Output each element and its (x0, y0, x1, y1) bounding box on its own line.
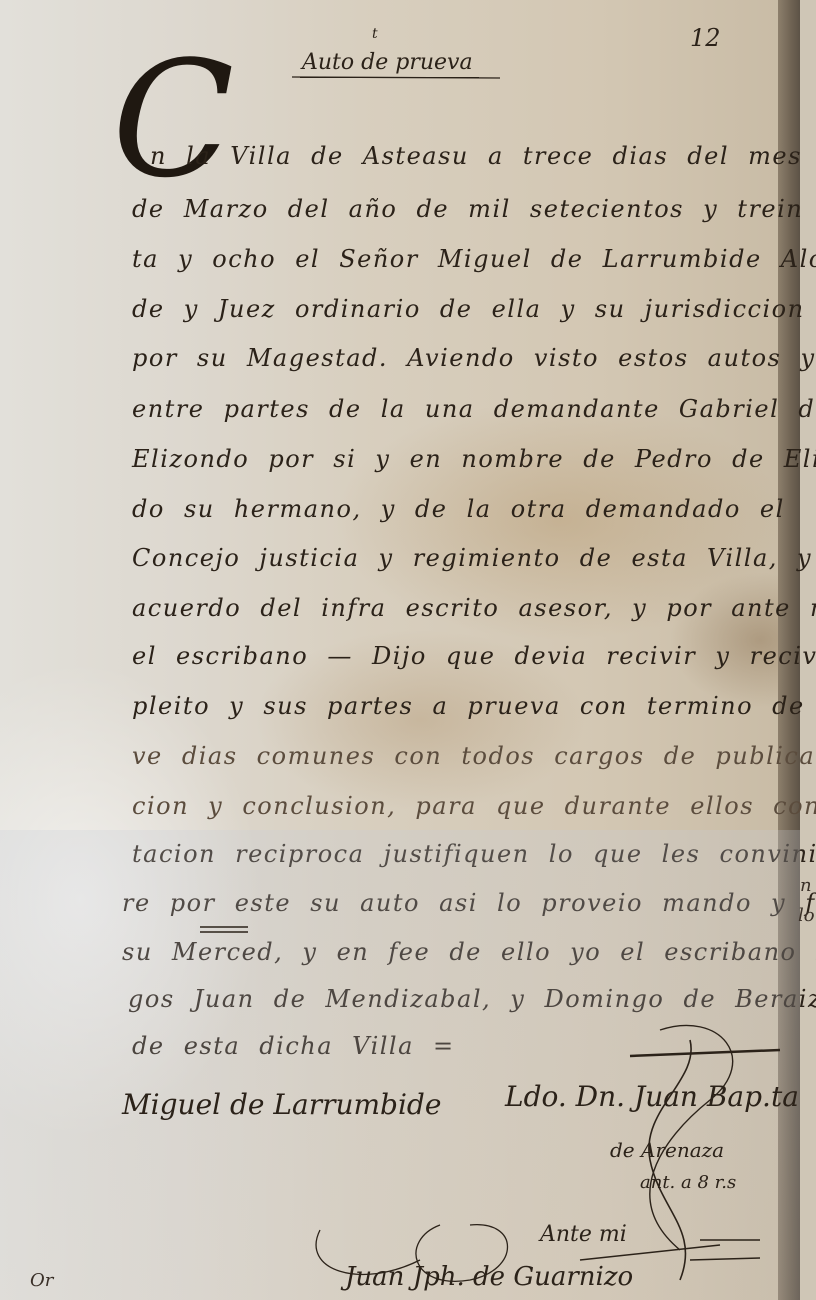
margin-note-right: lo (798, 905, 815, 926)
heading-superscript: t (372, 26, 378, 42)
text-line: el escribano — Dijo que devia recivir y … (132, 642, 816, 670)
margin-note-bottom-left: Or (30, 1270, 53, 1291)
margin-note-right: n (800, 875, 812, 896)
text-line: Concejo justicia y regimiento de esta Vi… (132, 544, 816, 572)
signature-asesor-surname: de Arenaza (610, 1138, 724, 1162)
text-line: Elizondo por si y en nombre de Pedro de … (132, 445, 816, 473)
decorative-initial: C (112, 40, 234, 200)
text-line: de y Juez ordinario de ella y su jurisdi… (132, 295, 805, 323)
text-line: de esta dicha Villa = (132, 1032, 455, 1060)
text-line: do su hermano, y de la otra demandado el (132, 495, 785, 523)
text-line: ta y ocho el Señor Miguel de Larrumbide … (132, 245, 816, 273)
ante-mi-note: Ante mi (540, 1222, 627, 1247)
text-line: de Marzo del año de mil setecientos y tr… (132, 195, 803, 223)
text-line: gos Juan de Mendizabal, y Domingo de Ber… (128, 985, 816, 1013)
text-line: ve dias comunes con todos cargos de publ… (132, 742, 815, 770)
text-line: su Merced, y en fee de ello yo el escrib… (122, 938, 816, 966)
document-heading: Auto de prueva (300, 50, 479, 78)
text-line: entre partes de la una demandante Gabrie… (132, 395, 816, 423)
text-line: por su Magestad. Aviendo visto estos aut… (132, 344, 816, 372)
signature-asesor: Ldo. Dn. Juan Bap.ta (505, 1080, 799, 1113)
text-line: acuerdo del infra escrito asesor, y por … (132, 594, 816, 622)
folio-number: 12 (690, 24, 721, 52)
text-line: pleito y sus partes a prueva con termino… (132, 692, 816, 720)
text-line: tacion reciproca justifiquen lo que les … (132, 840, 816, 868)
signature-alcalde: Miguel de Larrumbide (122, 1088, 441, 1121)
text-line: cion y conclusion, para que durante ello… (132, 792, 816, 820)
signature-notary: Juan Jph. de Guarnizo (345, 1262, 633, 1292)
text-line: n la Villa de Asteasu a trece dias del m… (150, 142, 802, 170)
fees-note: ant. a 8 r.s (640, 1172, 736, 1193)
text-line: re por este su auto asi lo proveio mando… (122, 889, 816, 917)
